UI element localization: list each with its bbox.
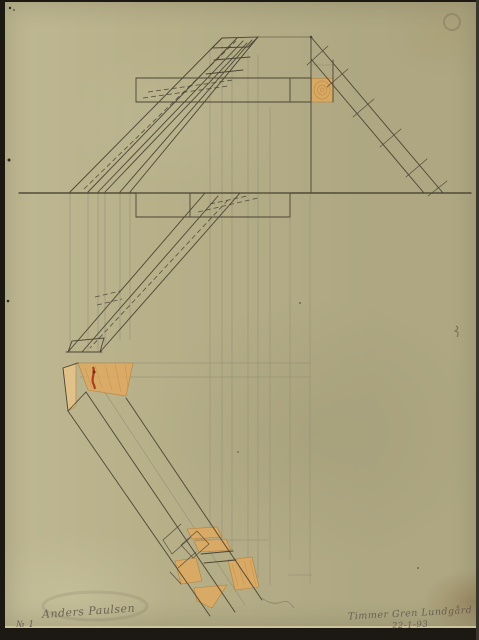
strut-elevation [70, 37, 258, 192]
paper-blemishes [7, 7, 460, 620]
handwriting: Anders Paulsen № 1 Timmer Gren Lundgård … [15, 602, 473, 632]
sheet-number-text: № 1 [15, 620, 35, 630]
strut-axonometric [68, 392, 262, 616]
date-text: 22-1-93 [391, 620, 429, 632]
rafter-diagonals [311, 37, 443, 193]
pin-hole [7, 300, 10, 303]
photo-background: Anders Paulsen № 1 Timmer Gren Lundgård … [0, 0, 479, 640]
pin-hole [8, 159, 11, 162]
technical-drawing: Anders Paulsen № 1 Timmer Gren Lundgård … [0, 0, 479, 640]
joint-cut-face [78, 363, 133, 396]
beam-elevation [136, 78, 290, 102]
edge-scribble [455, 326, 458, 337]
beam-plan [136, 193, 290, 217]
pencil-scribble [262, 598, 294, 608]
stamp-ring [444, 14, 460, 30]
foot-cut-face [228, 557, 259, 590]
ink-outlines [19, 36, 471, 616]
foot-cut-face [194, 585, 227, 608]
